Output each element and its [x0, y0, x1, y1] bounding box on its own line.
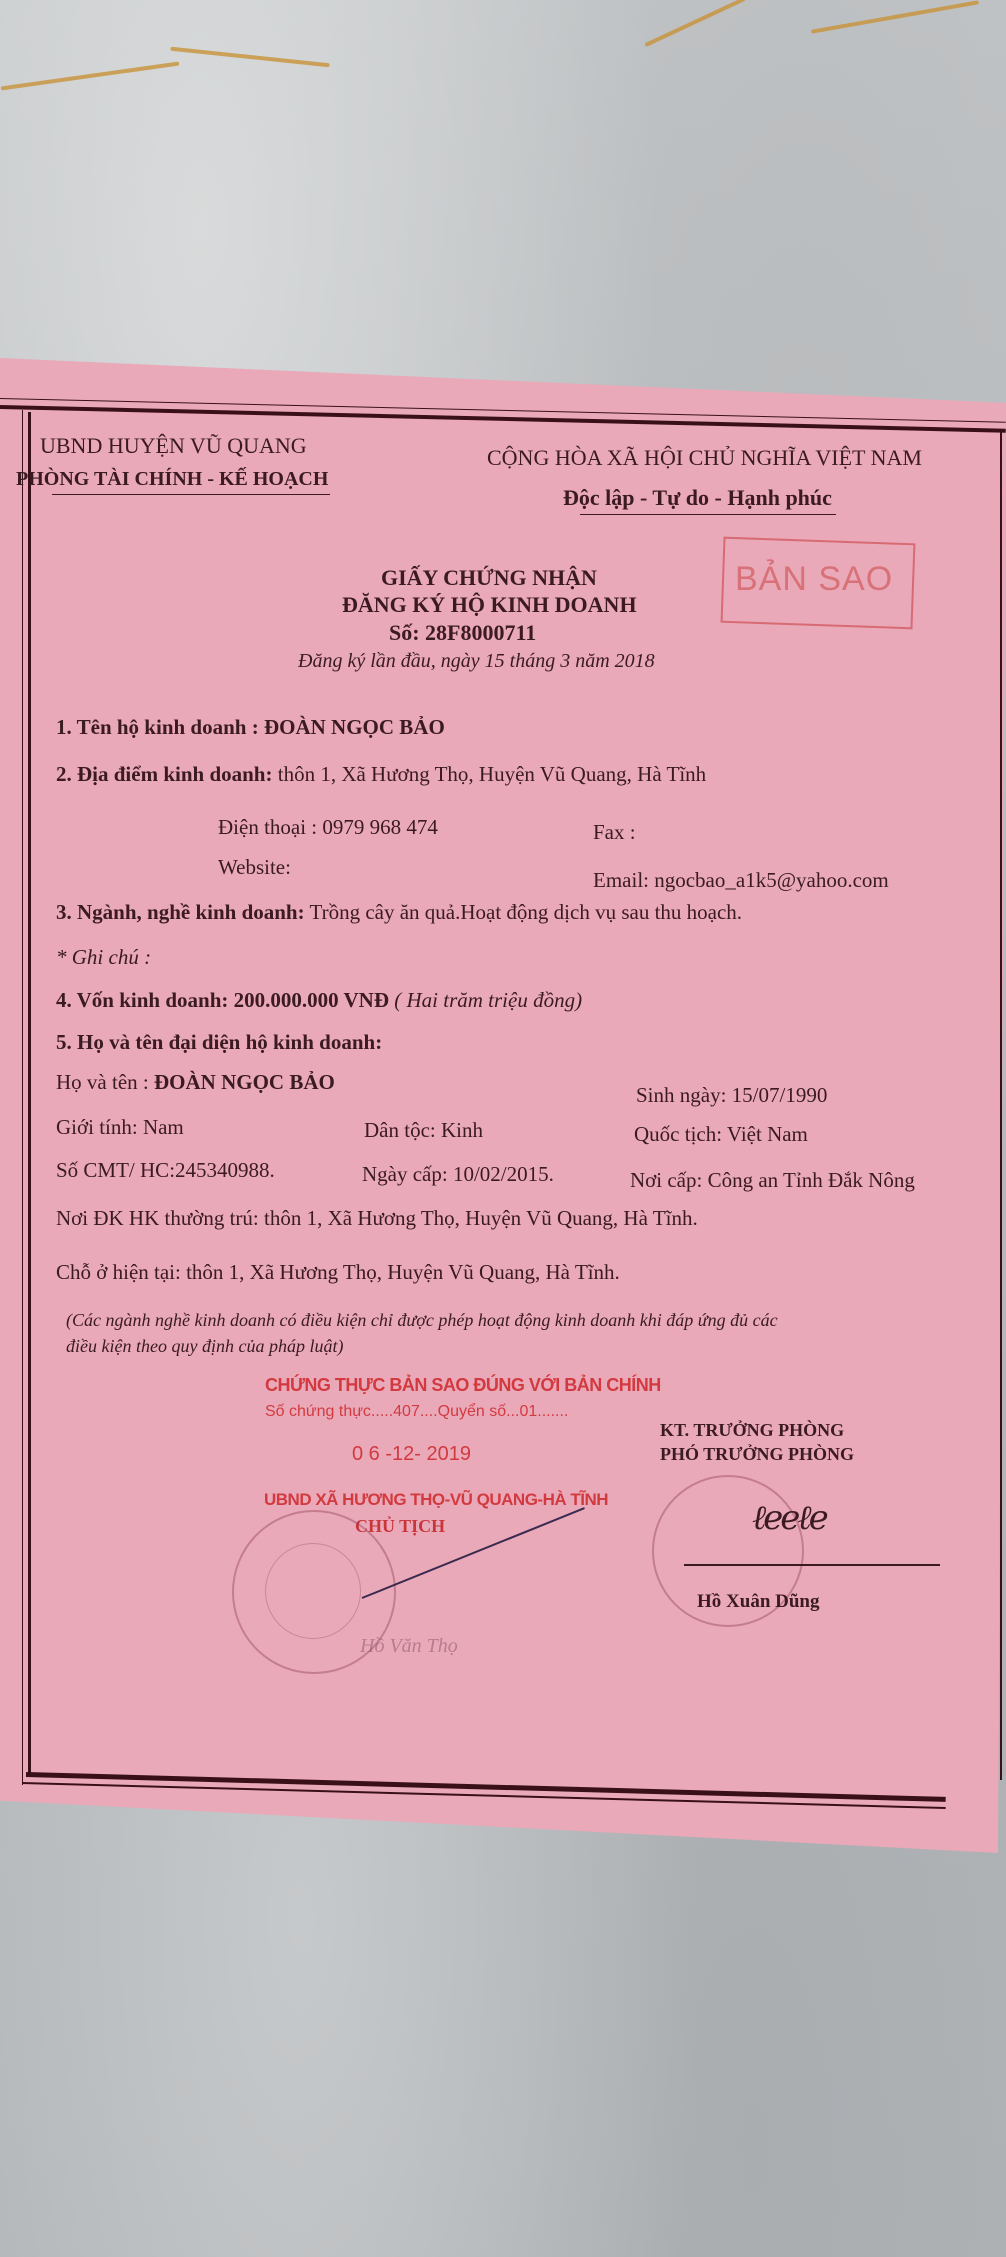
business-name: ĐOÀN NGỌC BẢO	[264, 715, 445, 739]
certification-number: Số chứng thực.....407....Quyển số...01..…	[265, 1403, 568, 1421]
disclaimer-line-2: điều kiện theo quy định của pháp luật)	[66, 1336, 343, 1357]
industry-row: 3. Ngành, nghề kinh doanh: Trồng cây ăn …	[56, 900, 742, 925]
certificate-number: Số: 28F8000711	[389, 620, 536, 646]
department-signature	[684, 1564, 940, 1566]
signature-title-1: KT. TRƯỞNG PHÒNG	[660, 1420, 844, 1441]
signature-scribble: ℓeeℓe	[752, 1498, 826, 1538]
certification-date: 0 6 -12- 2019	[352, 1443, 471, 1466]
id-number: Số CMT/ HC:245340988.	[56, 1158, 275, 1183]
industry: Trồng cây ăn quả.Hoạt động dịch vụ sau t…	[309, 900, 742, 924]
signature-title-2: PHÓ TRƯỞNG PHÒNG	[660, 1444, 854, 1465]
copy-stamp: BẢN SAO	[735, 560, 893, 599]
fax: Fax :	[593, 820, 636, 845]
business-name-row: 1. Tên hộ kinh doanh : ĐOÀN NGỌC BẢO	[56, 715, 445, 740]
nationality: Quốc tịch: Việt Nam	[634, 1122, 808, 1147]
capital-row: 4. Vốn kinh doanh: 200.000.000 VNĐ ( Hai…	[56, 988, 582, 1013]
permanent-address: Nơi ĐK HK thường trú: thôn 1, Xã Hương T…	[56, 1206, 698, 1231]
rep-name: ĐOÀN NGỌC BẢO	[154, 1070, 335, 1094]
header-agency: UBND HUYỆN VŨ QUANG	[40, 433, 307, 459]
ethnicity: Dân tộc: Kinh	[364, 1118, 483, 1143]
website: Website:	[218, 855, 291, 880]
representative-heading: 5. Họ và tên đại diện hộ kinh doanh:	[56, 1030, 382, 1055]
current-address: Chỗ ở hiện tại: thôn 1, Xã Hương Thọ, Hu…	[56, 1260, 620, 1285]
capital-words: ( Hai trăm triệu đồng)	[394, 988, 582, 1012]
email: Email: ngocbao_a1k5@yahoo.com	[593, 868, 889, 893]
date-of-birth: Sinh ngày: 15/07/1990	[636, 1083, 827, 1108]
gender: Giới tính: Nam	[56, 1115, 184, 1140]
rep-name-row: Họ và tên : ĐOÀN NGỌC BẢO	[56, 1070, 335, 1095]
first-registration-date: Đăng ký lần đầu, ngày 15 tháng 3 năm 201…	[298, 650, 655, 673]
motto-underline	[580, 514, 836, 515]
disclaimer-line-1: (Các ngành nghề kinh doanh có điều kiện …	[66, 1310, 778, 1331]
business-location-row: 2. Địa điểm kinh doanh: thôn 1, Xã Hương…	[56, 762, 706, 787]
certificate-subtitle: ĐĂNG KÝ HỘ KINH DOANH	[342, 592, 637, 618]
certification-authority: UBND XÃ HƯƠNG THỌ-VŨ QUANG-HÀ TĨNH	[264, 1490, 608, 1510]
certificate-title: GIẤY CHỨNG NHẬN	[381, 565, 597, 591]
note: * Ghi chú :	[56, 945, 151, 970]
document: UBND HUYỆN VŨ QUANG PHÒNG TÀI CHÍNH - KẾ…	[0, 0, 1006, 2257]
commune-seal-emblem	[265, 1543, 361, 1639]
id-issue-place: Nơi cấp: Công an Tỉnh Đắk Nông	[630, 1168, 915, 1193]
commune-signer-name: Hồ Văn Thọ	[360, 1635, 458, 1658]
national-motto: Độc lập - Tự do - Hạnh phúc	[563, 485, 832, 511]
id-issue-date: Ngày cấp: 10/02/2015.	[362, 1162, 554, 1187]
signer-name: Hồ Xuân Dũng	[697, 1591, 820, 1613]
header-department: PHÒNG TÀI CHÍNH - KẾ HOẠCH	[16, 468, 328, 491]
national-title: CỘNG HÒA XÃ HỘI CHỦ NGHĨA VIỆT NAM	[487, 445, 922, 471]
phone: Điện thoại : 0979 968 474	[218, 815, 438, 840]
business-location: thôn 1, Xã Hương Thọ, Huyện Vũ Quang, Hà…	[278, 762, 706, 786]
certification-heading: CHỨNG THỰC BẢN SAO ĐÚNG VỚI BẢN CHÍNH	[265, 1375, 661, 1396]
header-underline	[52, 494, 330, 495]
